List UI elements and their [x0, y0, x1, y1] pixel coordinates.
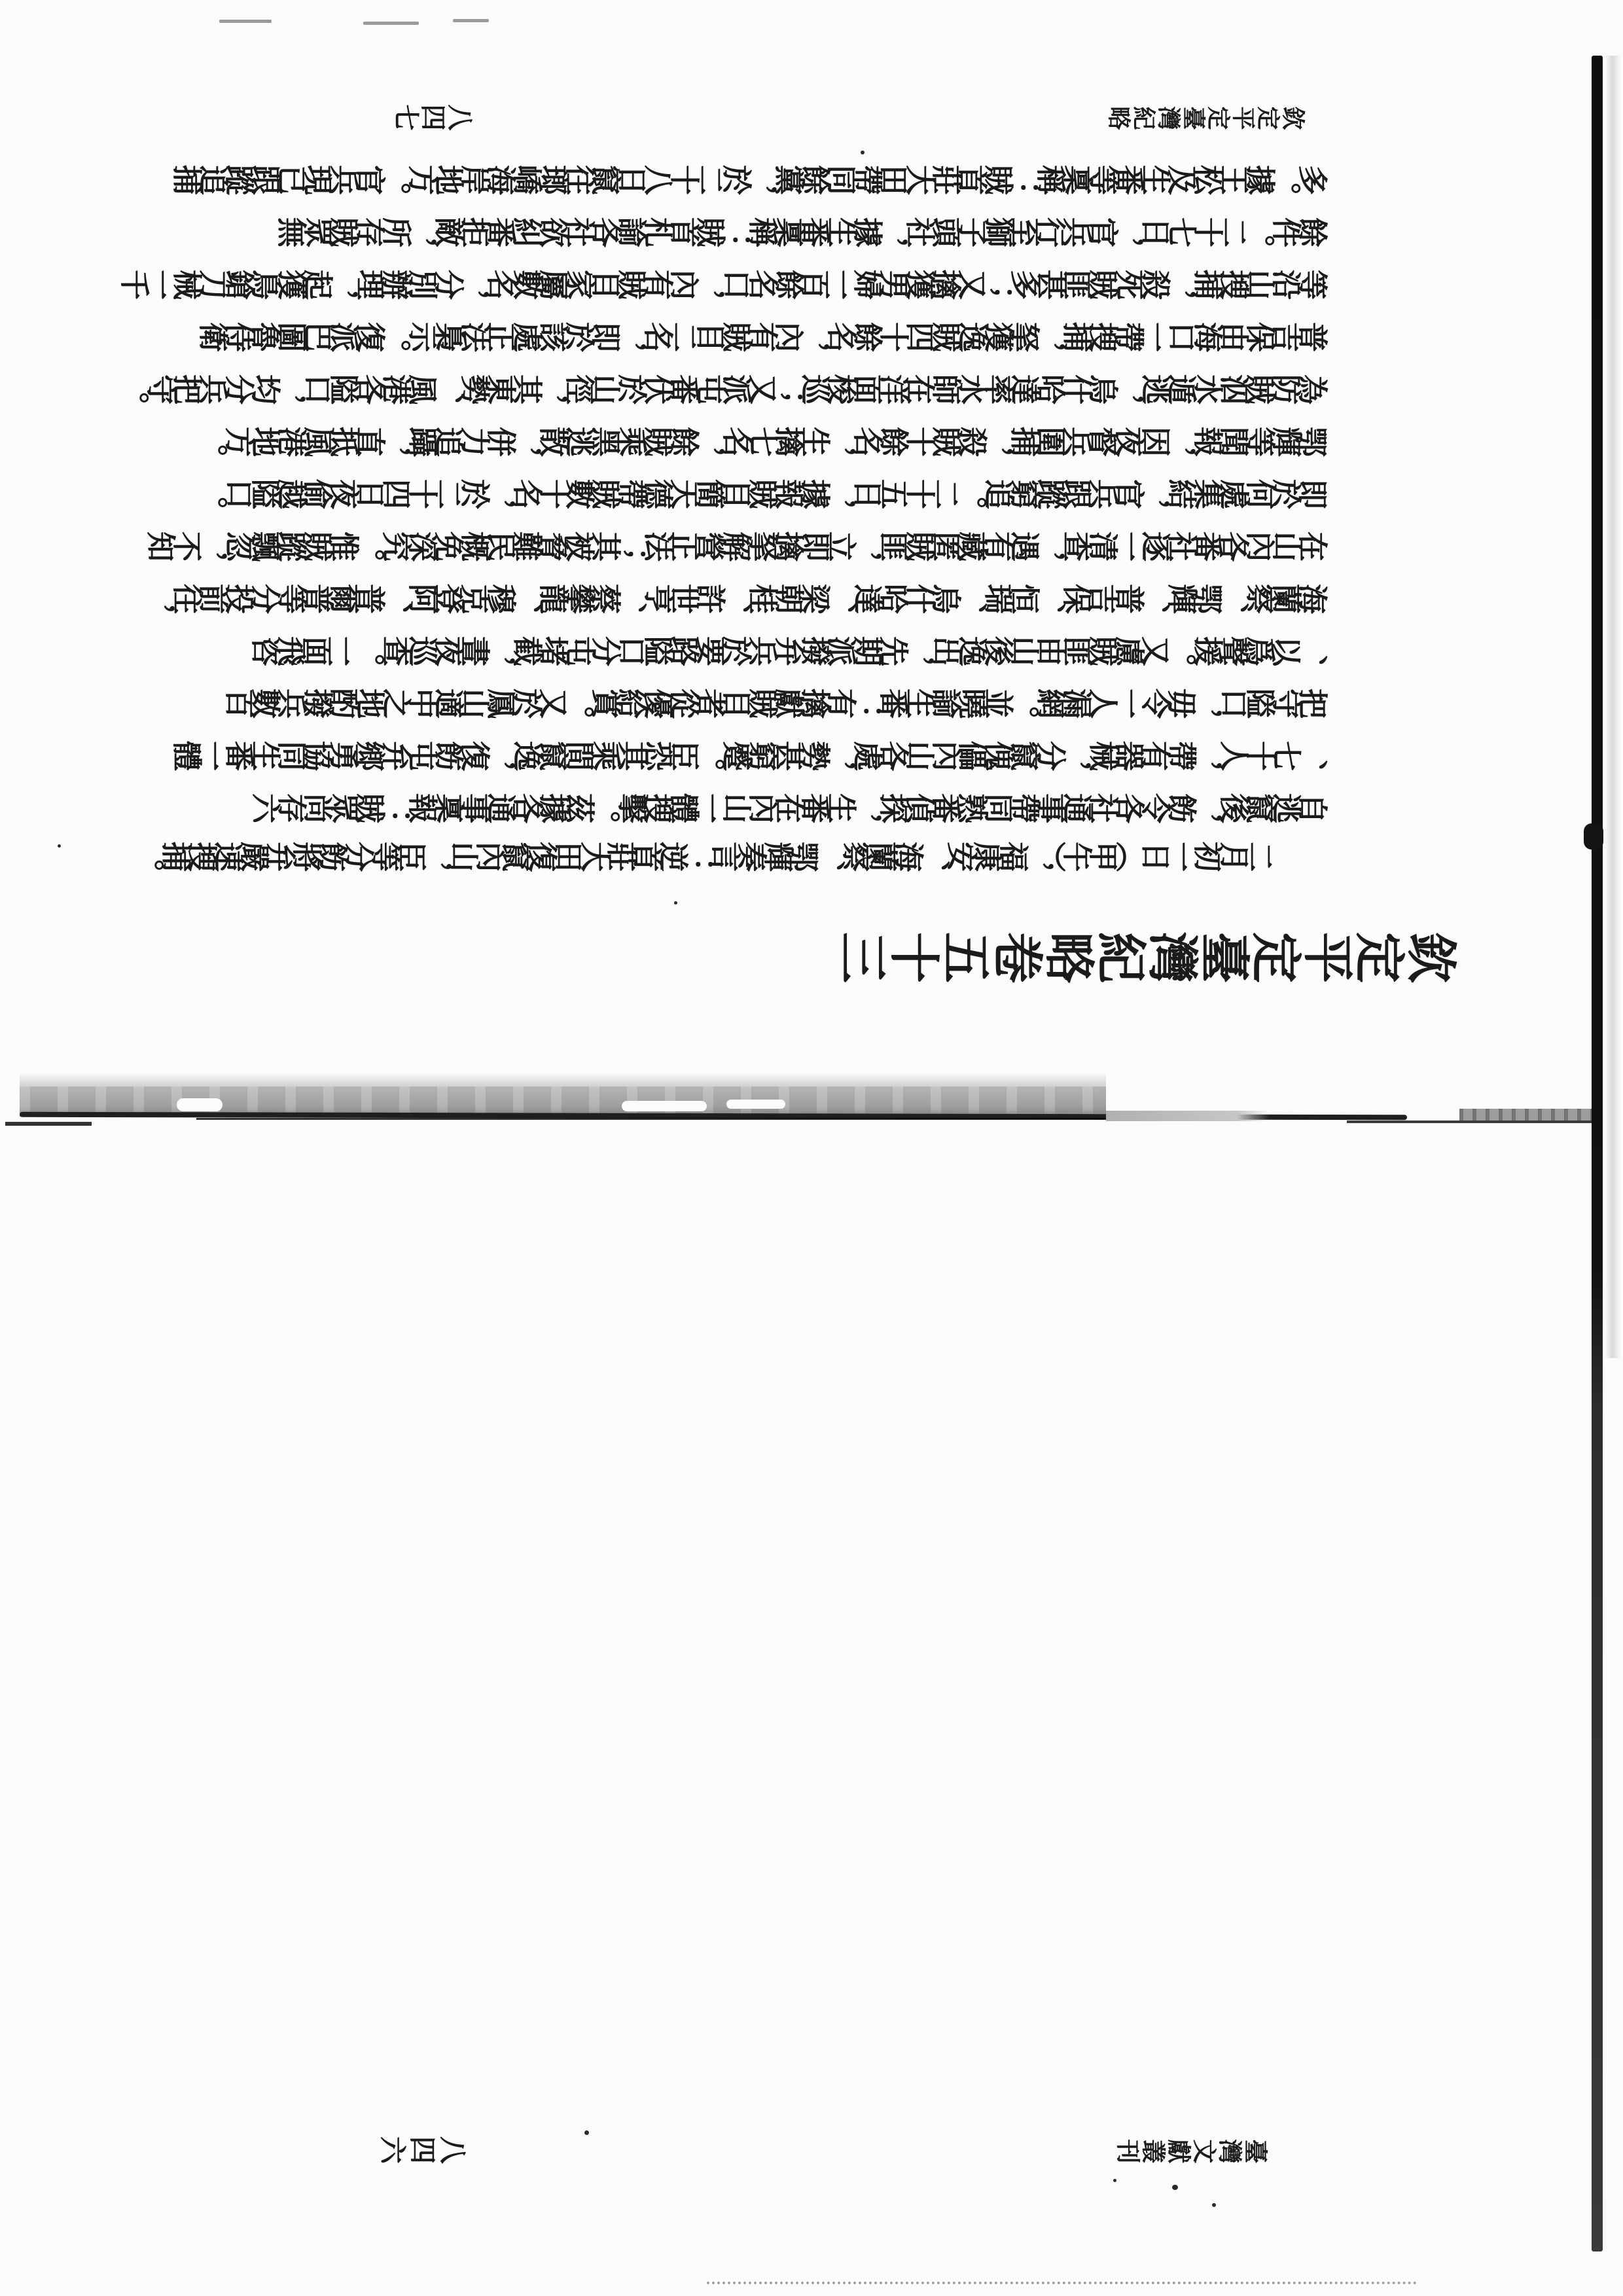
spine-shadow-glow — [1605, 56, 1622, 1358]
scan-band-tail — [1106, 1111, 1270, 1121]
scan-band-edge-line2 — [196, 1118, 1113, 1120]
scan-dash — [219, 20, 272, 23]
series-mark: 臺灣文獻叢刊 — [1111, 2125, 1268, 2168]
page-number-bottom: 八四六 — [376, 2125, 467, 2166]
speck — [1212, 2203, 1216, 2207]
scan-dash — [363, 22, 419, 25]
date-opening-column: 二月初一日（甲午），福康安、海蘭察、鄂輝奏言：逆首莊大田復竄內山，臣等分飭將弁嚴… — [33, 833, 1276, 874]
speck — [58, 844, 61, 848]
scan-band-right-line — [1347, 1121, 1592, 1123]
spine-line-blot — [1584, 823, 1603, 850]
text-column-11: 普吉保由海口一帶搜捕，拏獲逸賊四十餘名，內有賊目二名，即於該處正法梟示。復派巴圖… — [85, 313, 1329, 355]
running-title-header: 欽定平定臺灣紀略 — [1103, 96, 1306, 134]
text-column-13: 餘件。二十七日，官兵行至獅子頭社，據生番稟稱：賊首札諭各社欲糾番拒敵，所存賊眾無 — [85, 208, 1329, 250]
scan-dotted-line — [707, 2282, 1417, 2284]
speck — [861, 151, 865, 154]
speck — [674, 901, 677, 905]
speck — [1172, 2185, 1178, 2190]
text-column-5: 、以爲聲援。又慮賊匪由山後逸出，先期派撥弁兵於要路隘口分屯堵截，晝夜巡查。一面飛… — [85, 627, 1329, 669]
speck — [1113, 2179, 1116, 2182]
text-column-4: 把守隘口，毋令一人漏網。並曉諭生番：有擒獻賊目者從優給賞。又於鳳山適中之地酌撥兵… — [85, 679, 1329, 721]
scan-band-left-dash — [5, 1122, 92, 1126]
text-column-9: 鄂輝等聞報，因夜督兵圍捕，殺賊十餘名，生擒七名，餘賊乘黑逃散，併力追躡，直抵風港… — [85, 418, 1329, 459]
text-column-6: 海蘭察、鄂輝、普吉保、恒瑞、烏什哈達、梁朝桂、許世亨、蔡攀龍、穆克登阿、普爾普等… — [85, 575, 1329, 617]
page-number-top: 八四七 — [391, 94, 474, 134]
spine-scan-line — [1592, 56, 1603, 2251]
text-column-3: 、七十人，帶有器械，分竄傀儡內山各處，勢甚窮蹙。臣恐其乘間竄逸，復飭屯弁鄉勇協同… — [85, 732, 1329, 774]
juan-title-column: 欽定平定臺灣紀略卷五十三 — [836, 915, 1458, 986]
text-column-2: 自逃竄後，飭令各社通事帶同熟番偵探，生番在內山一體搜擊。茲據各通事稟報：賊眾尚存… — [85, 784, 1329, 826]
scanned-book-page: 八四七 欽定平定臺灣紀略 欽定平定臺灣紀略卷五十三 二月初一日（甲午），福康安、… — [0, 0, 1623, 2296]
scan-dash — [453, 19, 489, 22]
speck — [584, 2130, 589, 2135]
scan-band-gap — [177, 1098, 223, 1111]
scan-band-gap — [622, 1101, 707, 1111]
text-column-14: 多。據王松及生番等稟稱：賊首莊大田帶同餘黨，於二十八日竄往瑯嶠海岸地方。官兵現已… — [85, 156, 1329, 198]
text-column-12: 等沿山搜捕，殺死賊匪甚多；又擒獲男婦一百餘名口，內有賊目家屬數名，分別辦理，起獲… — [85, 260, 1329, 302]
text-column-10: 為防賊泅水遁逃，烏什哈達率水師在洋面梭巡；又派屯番伏於山徑，其東勢、風港各隘口，… — [85, 365, 1329, 407]
text-column-7: 在山內各番社逐一清查，遇有藏匿賊匪，立即擒拏解營正法；其被脅難民概免深究。惟賊蹤… — [85, 522, 1329, 564]
text-column-8: 即於何處集結，官兵跟蹤窮追。二十五日，據報賊目簡天德帶賊數十名，於二十四日夜偷越… — [85, 470, 1329, 512]
scan-band-gap — [726, 1100, 785, 1109]
